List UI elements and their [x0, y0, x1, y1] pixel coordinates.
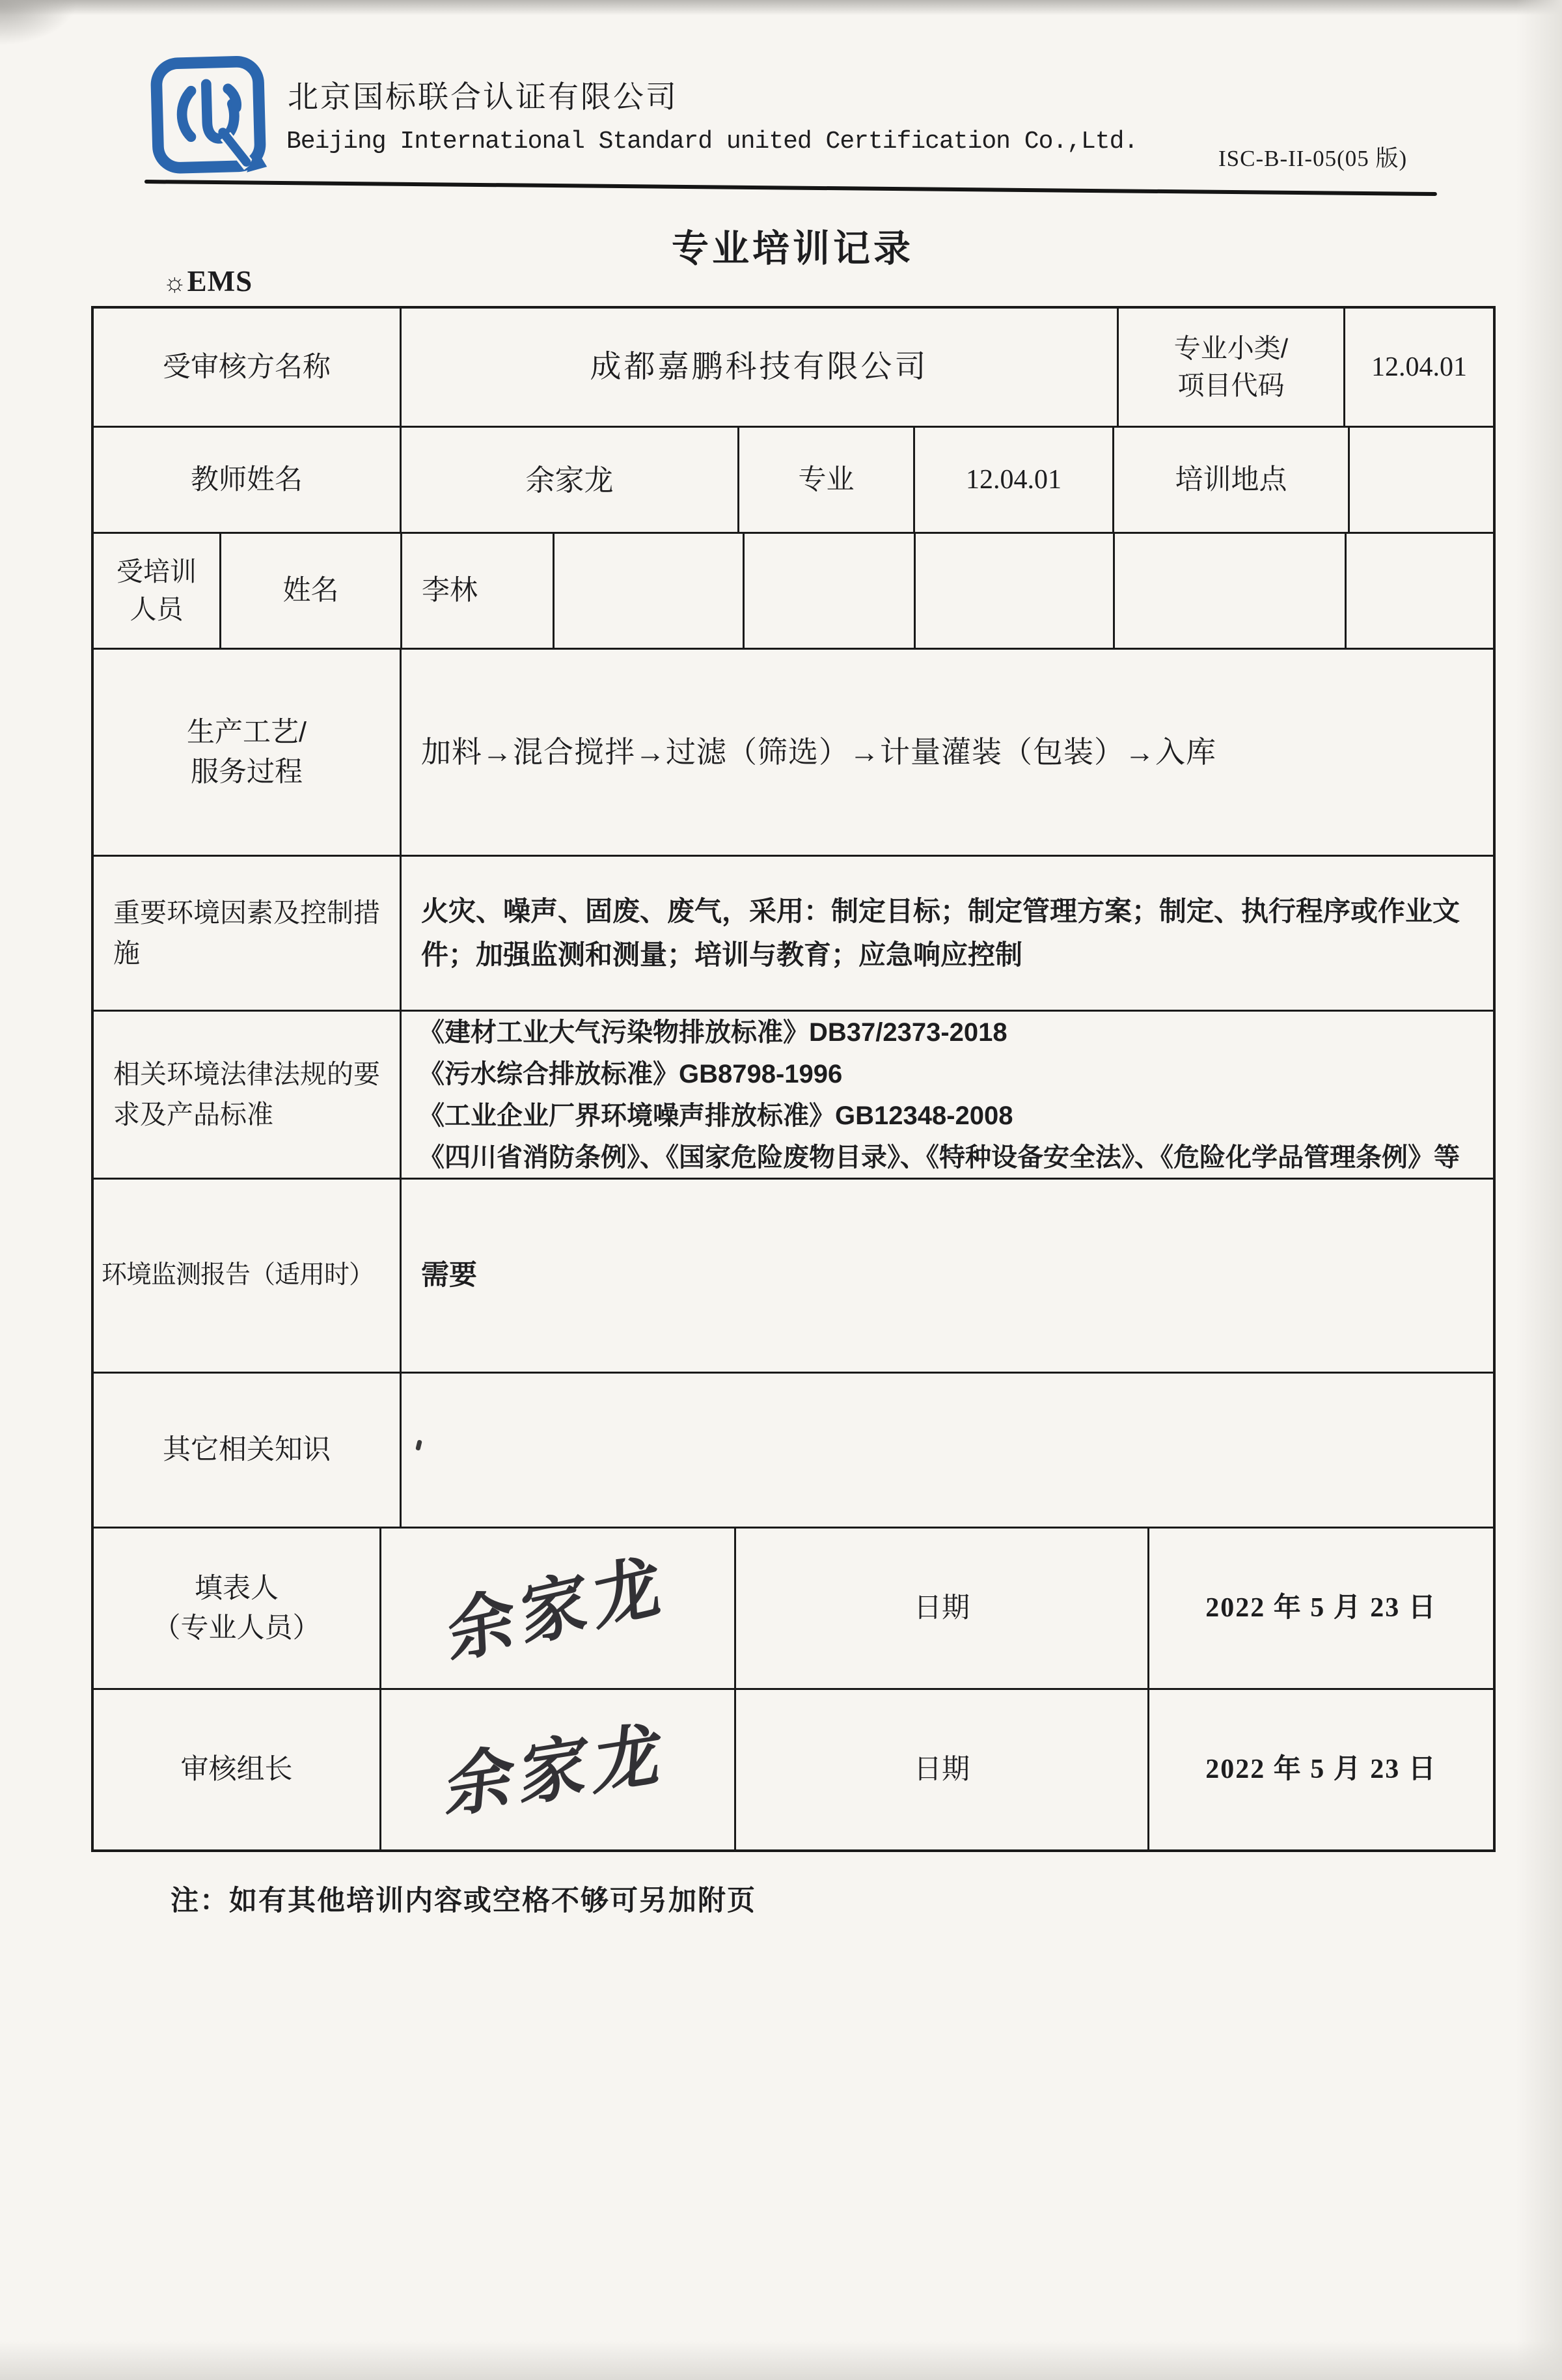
env-factors-value: 火灾、噪声、固废、废气，采用：制定目标；制定管理方案；制定、执行程序或作业文件；… — [400, 857, 1493, 1010]
process-label-line1: 生产工艺/ — [187, 713, 307, 752]
regulation-line: 《四川省消防条例》、《国家危险废物目录》、《特种设备安全法》、《危险化学品管理条… — [418, 1137, 1460, 1178]
teacher-label: 教师姓名 — [94, 428, 400, 532]
training-record-table: 受审核方名称 成都嘉鹏科技有限公司 专业小类/ 项目代码 12.04.01 教师… — [91, 306, 1496, 1852]
project-code-label-line1: 专业小类/ — [1174, 330, 1288, 367]
monitoring-label: 环境监测报告（适用时） — [94, 1180, 400, 1372]
row-env-factors: 重要环境因素及控制措施 火灾、噪声、固废、废气，采用：制定目标；制定管理方案；制… — [94, 855, 1493, 1010]
process-value: 加料→混合搅拌→过滤（筛选）→计量灌装（包装）→入库 — [400, 650, 1493, 855]
trainees-group-label-line2: 人员 — [130, 591, 184, 628]
row-filler: 填表人 （专业人员） 余家龙 日期 2022 年 5 月 23 日 — [94, 1527, 1493, 1688]
project-code-label: 专业小类/ 项目代码 — [1117, 309, 1343, 426]
other-knowledge-value — [400, 1374, 1493, 1527]
scan-edge-shadow-bottom — [0, 2341, 1562, 2380]
row-monitoring: 环境监测报告（适用时） 需要 — [94, 1178, 1493, 1372]
filler-date-label: 日期 — [734, 1529, 1147, 1688]
trainee-name-4 — [1113, 534, 1345, 648]
company-name-cn: 北京国标联合认证有限公司 — [288, 73, 678, 117]
ems-tag: ☼EMS — [163, 264, 253, 298]
gear-icon: ☼ — [163, 268, 187, 297]
location-value — [1348, 428, 1493, 532]
footer-note: 注：如有其他培训内容或空格不够可另加附页 — [171, 1879, 756, 1918]
location-label: 培训地点 — [1112, 428, 1348, 532]
project-code-label-line2: 项目代码 — [1178, 367, 1285, 404]
leader-date-value: 2022 年 5 月 23 日 — [1147, 1690, 1493, 1849]
regulation-line: 《建材工业大气污染物排放标准》DB37/2373-2018 — [418, 1012, 1007, 1053]
row-trainees: 受培训 人员 姓名 李林 — [94, 532, 1493, 648]
ems-label: EMS — [187, 265, 253, 297]
process-label: 生产工艺/ 服务过程 — [94, 650, 400, 855]
trainee-name-0: 李林 — [400, 534, 553, 648]
certification-logo-icon — [147, 54, 278, 182]
filler-signature: 余家龙 — [446, 1534, 670, 1682]
leader-signature: 余家龙 — [443, 1703, 673, 1836]
scan-edge-shadow-top — [0, 0, 1562, 17]
trainee-name-3 — [914, 534, 1113, 648]
project-code-value: 12.04.01 — [1343, 309, 1493, 426]
scan-corner-shadow — [0, 0, 78, 46]
filler-signature-cell: 余家龙 — [379, 1529, 734, 1688]
row-leader: 审核组长 余家龙 日期 2022 年 5 月 23 日 — [94, 1688, 1493, 1849]
document-code: ISC-B-II-05(05 版) — [1218, 141, 1407, 173]
auditee-label: 受审核方名称 — [94, 309, 400, 426]
filler-date-value: 2022 年 5 月 23 日 — [1147, 1529, 1493, 1688]
row-teacher: 教师姓名 余家龙 专业 12.04.01 培训地点 — [94, 426, 1493, 532]
leader-label: 审核组长 — [94, 1690, 379, 1849]
row-auditee: 受审核方名称 成都嘉鹏科技有限公司 专业小类/ 项目代码 12.04.01 — [94, 309, 1493, 426]
scanned-training-record-page: 北京国标联合认证有限公司 Beijing International Stand… — [0, 0, 1562, 2380]
row-other-knowledge: 其它相关知识 — [94, 1372, 1493, 1527]
leader-date-label: 日期 — [734, 1690, 1147, 1849]
major-value: 12.04.01 — [913, 428, 1112, 532]
trainee-name-label: 姓名 — [219, 534, 400, 648]
major-label: 专业 — [737, 428, 913, 532]
leader-signature-cell: 余家龙 — [379, 1690, 734, 1849]
filler-label: 填表人 （专业人员） — [94, 1529, 379, 1688]
scan-edge-shadow-right — [1516, 0, 1562, 2380]
auditee-value: 成都嘉鹏科技有限公司 — [400, 309, 1117, 426]
company-name-en: Beijing International Standard united Ce… — [286, 128, 1138, 156]
process-label-line2: 服务过程 — [191, 753, 303, 792]
trainee-name-2 — [743, 534, 914, 648]
trainee-name-5 — [1345, 534, 1493, 648]
filler-label-line2: （专业人员） — [153, 1609, 321, 1648]
trainees-group-label: 受培训 人员 — [94, 534, 219, 648]
monitoring-value: 需要 — [400, 1180, 1493, 1372]
other-knowledge-label: 其它相关知识 — [94, 1374, 400, 1527]
regulation-line: 《工业企业厂界环境噪声排放标准》GB12348-2008 — [418, 1095, 1013, 1137]
regulation-line: 《污水综合排放标准》GB8798-1996 — [418, 1053, 842, 1095]
header-divider — [144, 180, 1437, 196]
teacher-value: 余家龙 — [400, 428, 737, 532]
regulations-label: 相关环境法律法规的要求及产品标准 — [94, 1012, 400, 1178]
regulations-value: 《建材工业大气污染物排放标准》DB37/2373-2018 《污水综合排放标准》… — [400, 1012, 1493, 1178]
row-regulations: 相关环境法律法规的要求及产品标准 《建材工业大气污染物排放标准》DB37/237… — [94, 1010, 1493, 1178]
filler-label-line1: 填表人 — [195, 1569, 279, 1608]
env-factors-label: 重要环境因素及控制措施 — [94, 857, 400, 1010]
trainees-group-label-line1: 受培训 — [116, 553, 197, 590]
row-process: 生产工艺/ 服务过程 加料→混合搅拌→过滤（筛选）→计量灌装（包装）→入库 — [94, 648, 1493, 855]
trainee-name-1 — [553, 534, 743, 648]
